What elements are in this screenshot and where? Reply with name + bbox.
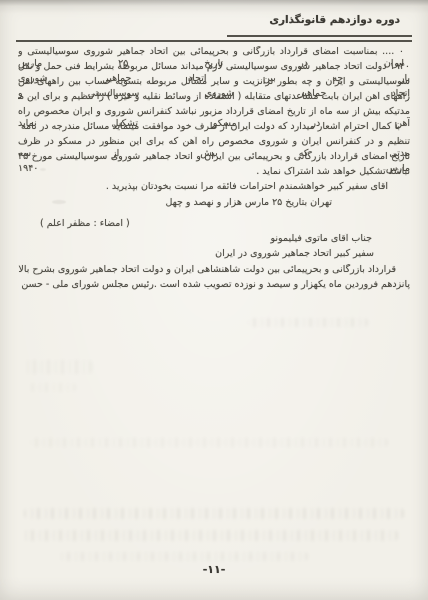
body-line: نباشد تشکیل خواهد شد اشتراک نماید . — [18, 166, 410, 178]
header-rule-short — [227, 35, 412, 37]
page-header-title: دوره دوازدهم قانونگذاری — [269, 14, 400, 26]
addressee-name: جناب آقای ماتوی فیلیمونو — [18, 233, 372, 245]
bleed-through-smudge — [20, 530, 398, 541]
addressee-title: سفیر کبیر اتحاد جماهیر شوروی در ایران — [18, 248, 374, 260]
body-line: راههای آهن ایران بابت مساعدتهای متقابله … — [18, 91, 410, 103]
bleed-through-smudge — [30, 438, 388, 447]
scanned-document-page: دوره دوازدهم قانونگذاری ۰ .... بمناسبت ا… — [0, 0, 428, 600]
bleed-through-smudge — [60, 552, 308, 561]
header-rule-full — [16, 40, 412, 42]
ratification-date: پانزدهم فروردین ماه یکهزار و سیصد و نوزد… — [154, 279, 410, 291]
ratification-line: قرارداد بازرگانی و بحرپیمائی بین دولت شا… — [18, 264, 410, 276]
ratification-row: پانزدهم فروردین ماه یکهزار و سیصد و نوزد… — [18, 279, 410, 291]
bleed-through-smudge — [24, 508, 404, 519]
scan-speck — [52, 200, 66, 204]
salutation-line: آقای سفیر کبیر خواهشمندم احترامات فائقه … — [18, 181, 410, 193]
body-line: با کمال احترام اشعار میدارد که دولت ایرا… — [18, 121, 410, 133]
scan-speck — [40, 168, 46, 171]
bleed-through-smudge — [22, 360, 92, 374]
dateline: تهران بتاریخ ۲۵ مارس هزار و نهصد و چهل — [18, 197, 332, 209]
page-number: -۱۱- — [0, 563, 428, 576]
signature-note: ( امضاء : مظفر اعلم ) — [40, 218, 180, 230]
bleed-through-smudge — [248, 318, 368, 327]
speaker-signature: رئیس مجلس شورای ملی - حسن اسفندیاری — [18, 279, 154, 291]
bleed-through-smudge — [30, 383, 76, 392]
